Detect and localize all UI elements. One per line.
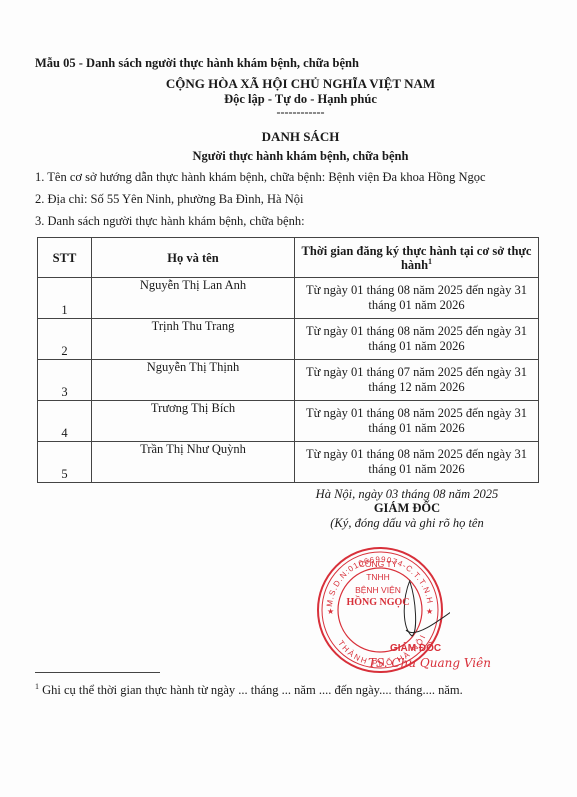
row-stt: 3 [38, 360, 92, 401]
row-period: Từ ngày 01 tháng 08 năm 2025 đến ngày 31… [295, 401, 539, 442]
header-period-text: Thời gian đăng ký thực hành tại cơ sở th… [302, 244, 532, 272]
row-name: Trịnh Thu Trang [92, 319, 295, 360]
place-date: Hà Nội, ngày 03 tháng 08 năm 2025 [287, 487, 527, 502]
footnote-ref: 1 [428, 256, 432, 265]
row-stt: 5 [38, 442, 92, 483]
stamp-line-4: HỒNG NGỌC [333, 597, 423, 608]
svg-text:★: ★ [327, 607, 334, 616]
table-row: 2Trịnh Thu TrangTừ ngày 01 tháng 08 năm … [38, 319, 539, 360]
header-period: Thời gian đăng ký thực hành tại cơ sở th… [295, 238, 539, 278]
table-header-row: STT Họ và tên Thời gian đăng ký thực hàn… [38, 238, 539, 278]
signature-note: (Ký, đóng dấu và ghi rõ họ tên [287, 516, 527, 531]
facility-address: 2. Địa chỉ: Số 55 Yên Ninh, phường Ba Đì… [35, 192, 303, 207]
row-stt: 1 [38, 278, 92, 319]
table-row: 4Trương Thị BíchTừ ngày 01 tháng 08 năm … [38, 401, 539, 442]
practitioner-table: STT Họ và tên Thời gian đăng ký thực hàn… [37, 237, 539, 483]
stamp-line-3: BỆNH VIỆN [338, 585, 418, 595]
signer-name-stamp: TS. Chu Quang Viên [368, 656, 491, 670]
row-period: Từ ngày 01 tháng 08 năm 2025 đến ngày 31… [295, 319, 539, 360]
list-label: 3. Danh sách người thực hành khám bệnh, … [35, 214, 305, 229]
row-name: Trương Thị Bích [92, 401, 295, 442]
row-period: Từ ngày 01 tháng 08 năm 2025 đến ngày 31… [295, 442, 539, 483]
row-stt: 4 [38, 401, 92, 442]
header-name: Họ và tên [92, 238, 295, 278]
table-row: 3Nguyễn Thị ThịnhTừ ngày 01 tháng 07 năm… [38, 360, 539, 401]
header-stt: STT [38, 238, 92, 278]
table-row: 5Trần Thị Như QuỳnhTừ ngày 01 tháng 08 n… [38, 442, 539, 483]
row-period: Từ ngày 01 tháng 07 năm 2025 đến ngày 31… [295, 360, 539, 401]
form-code: Mẫu 05 - Danh sách người thực hành khám … [35, 56, 359, 71]
table-row: 1Nguyễn Thị Lan AnhTừ ngày 01 tháng 08 n… [38, 278, 539, 319]
row-name: Nguyễn Thị Thịnh [92, 360, 295, 401]
footnote: 1 Ghi cụ thể thời gian thực hành từ ngày… [35, 683, 463, 698]
row-period: Từ ngày 01 tháng 08 năm 2025 đến ngày 31… [295, 278, 539, 319]
document-title: DANH SÁCH [12, 129, 577, 145]
header-separator: ------------ [12, 105, 577, 120]
national-title: CỘNG HÒA XÃ HỘI CHỦ NGHĨA VIỆT NAM [12, 76, 577, 92]
row-name: Trần Thị Như Quỳnh [92, 442, 295, 483]
footnote-mark: 1 [35, 682, 39, 691]
signer-role-stamp: GIÁM ĐỐC [390, 643, 441, 654]
svg-text:★: ★ [426, 607, 433, 616]
row-stt: 2 [38, 319, 92, 360]
facility-name: 1. Tên cơ sở hướng dẫn thực hành khám bệ… [35, 170, 486, 185]
stamp-line-1: CÔNG TY [343, 559, 413, 569]
footnote-divider [35, 672, 160, 673]
document-subtitle: Người thực hành khám bệnh, chữa bệnh [12, 149, 577, 164]
signer-title: GIÁM ĐỐC [287, 501, 527, 516]
stamp-line-2: TNHH [343, 572, 413, 582]
footnote-text: Ghi cụ thể thời gian thực hành từ ngày .… [42, 683, 463, 697]
row-name: Nguyễn Thị Lan Anh [92, 278, 295, 319]
